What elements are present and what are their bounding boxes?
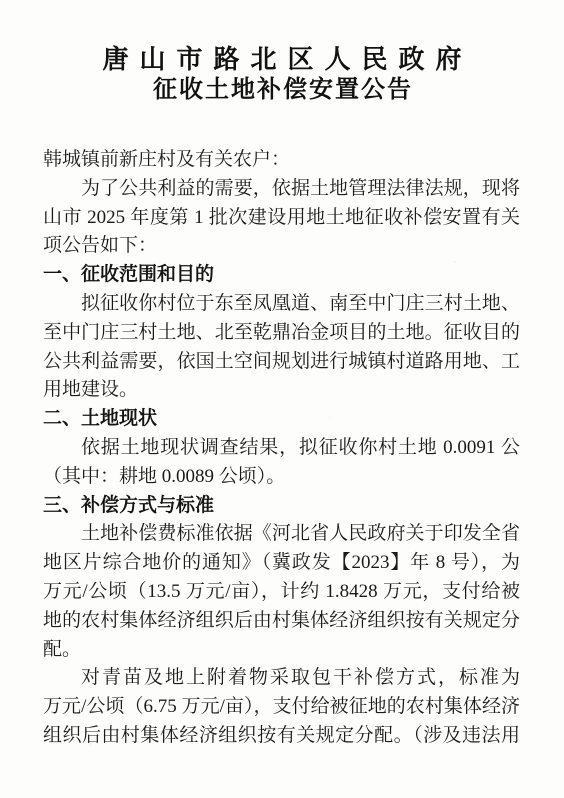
body-line: 组织后由村集体经济组织按有关规定分配。（涉及违法用地 [43,722,520,751]
body-line: （其中：耕地 0.0089 公顷）。 [43,463,520,492]
body-line: 山市 2025 年度第 1 批次建设用地土地征收补偿安置有关事 [43,204,520,233]
body-line: 地的农村集体经济组织后由村集体经济组织按有关规定分 [43,607,520,636]
body-line: 土地补偿费标准依据《河北省人民政府关于印发全省征 [43,520,520,549]
body-line: 万元/公顷（13.5 万元/亩），计约 1.8428 万元，支付给被征 [43,578,520,607]
body-line: 依据土地现状调查结果，拟征收你村土地 0.0091 公顷 [43,434,520,463]
section-heading: 一、征收范围和目的 [43,261,520,290]
document-title: 唐山市路北区人民政府 征收土地补偿安置公告 [0,0,564,104]
document-title-line1: 唐山市路北区人民政府 [0,45,564,73]
body-line: 为了公共利益的需要，依据土地管理法律法规，现将唐 [43,175,520,204]
body-line: 地区片综合地价的通知》（冀政发【2023】年 8 号），为 202.5 [43,549,520,578]
body-line: 拟征收你村位于东至凤凰道、南至中门庄三村土地、西 [43,290,520,319]
salutation-line: 韩城镇前新庄村及有关农户： [43,146,520,175]
body-line: 万元/公顷（6.75 万元/亩），支付给被征地的农村集体经济 [43,693,520,722]
body-line: 公共利益需要，依国土空间规划进行城镇村道路用地、工业 [43,348,520,377]
body-line: 配。 [43,636,520,665]
scanned-document-page: 唐山市路北区人民政府 征收土地补偿安置公告 韩城镇前新庄村及有关农户： 为了公共… [0,0,564,798]
body-line: 至中门庄三村土地、北至乾鼎冶金项目的土地。征收目的是 [43,319,520,348]
body-line: 用地建设。 [43,376,520,405]
section-heading: 二、土地现状 [43,405,520,434]
document-title-line2: 征收土地补偿安置公告 [0,76,564,104]
section-heading: 三、补偿方式与标准 [43,492,520,521]
body-line: 项公告如下： [43,232,520,261]
document-body: 韩城镇前新庄村及有关农户： 为了公共利益的需要，依据土地管理法律法规，现将唐 山… [0,146,564,751]
body-line: 对青苗及地上附着物采取包干补偿方式，标准为 101.25 [43,664,520,693]
